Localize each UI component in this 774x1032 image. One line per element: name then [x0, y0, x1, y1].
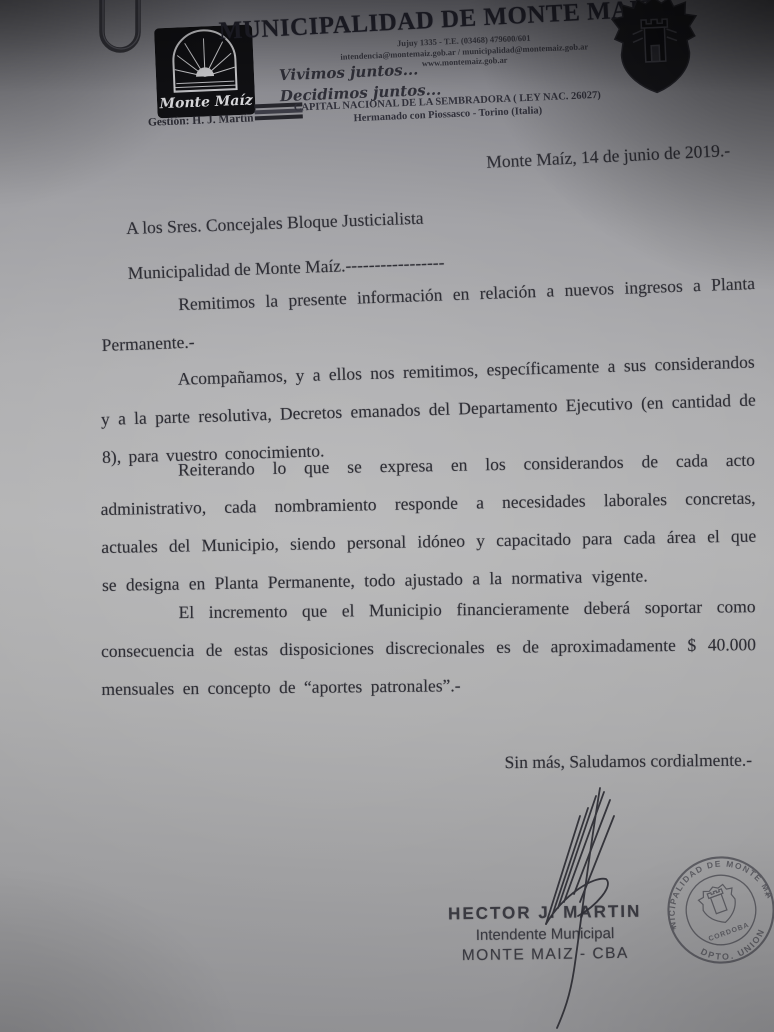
paragraph-4: El incremento que el Municipio financier… — [100, 587, 756, 708]
stamp-center-text: CORDOBA — [708, 922, 751, 943]
stamp-crest-icon — [696, 881, 742, 928]
closing-line: Sin más, Saludamos cordialmente.- — [100, 750, 752, 778]
date-line: Monte Maíz, 14 de junio de 2019.- — [100, 140, 730, 192]
crest-shield-icon — [607, 0, 703, 99]
stamp-top-text: MUNICIPALIDAD DE MONTE MAIZ — [660, 842, 774, 939]
paperclip-icon — [88, 0, 158, 67]
svg-text:MUNICIPALIDAD DE MONTE MAIZ: MUNICIPALIDAD DE MONTE MAIZ — [660, 842, 774, 939]
paragraph-3: Reiterando lo que se expresa en los cons… — [100, 441, 758, 604]
handwritten-signature — [500, 782, 670, 1032]
scanned-letter-photo: Monte Maíz MUNICIPALIDAD DE MONTE MAÍZ J… — [0, 0, 774, 1032]
municipal-stamp: MUNICIPALIDAD DE MONTE MAIZ DPTO. UNION … — [660, 842, 774, 978]
